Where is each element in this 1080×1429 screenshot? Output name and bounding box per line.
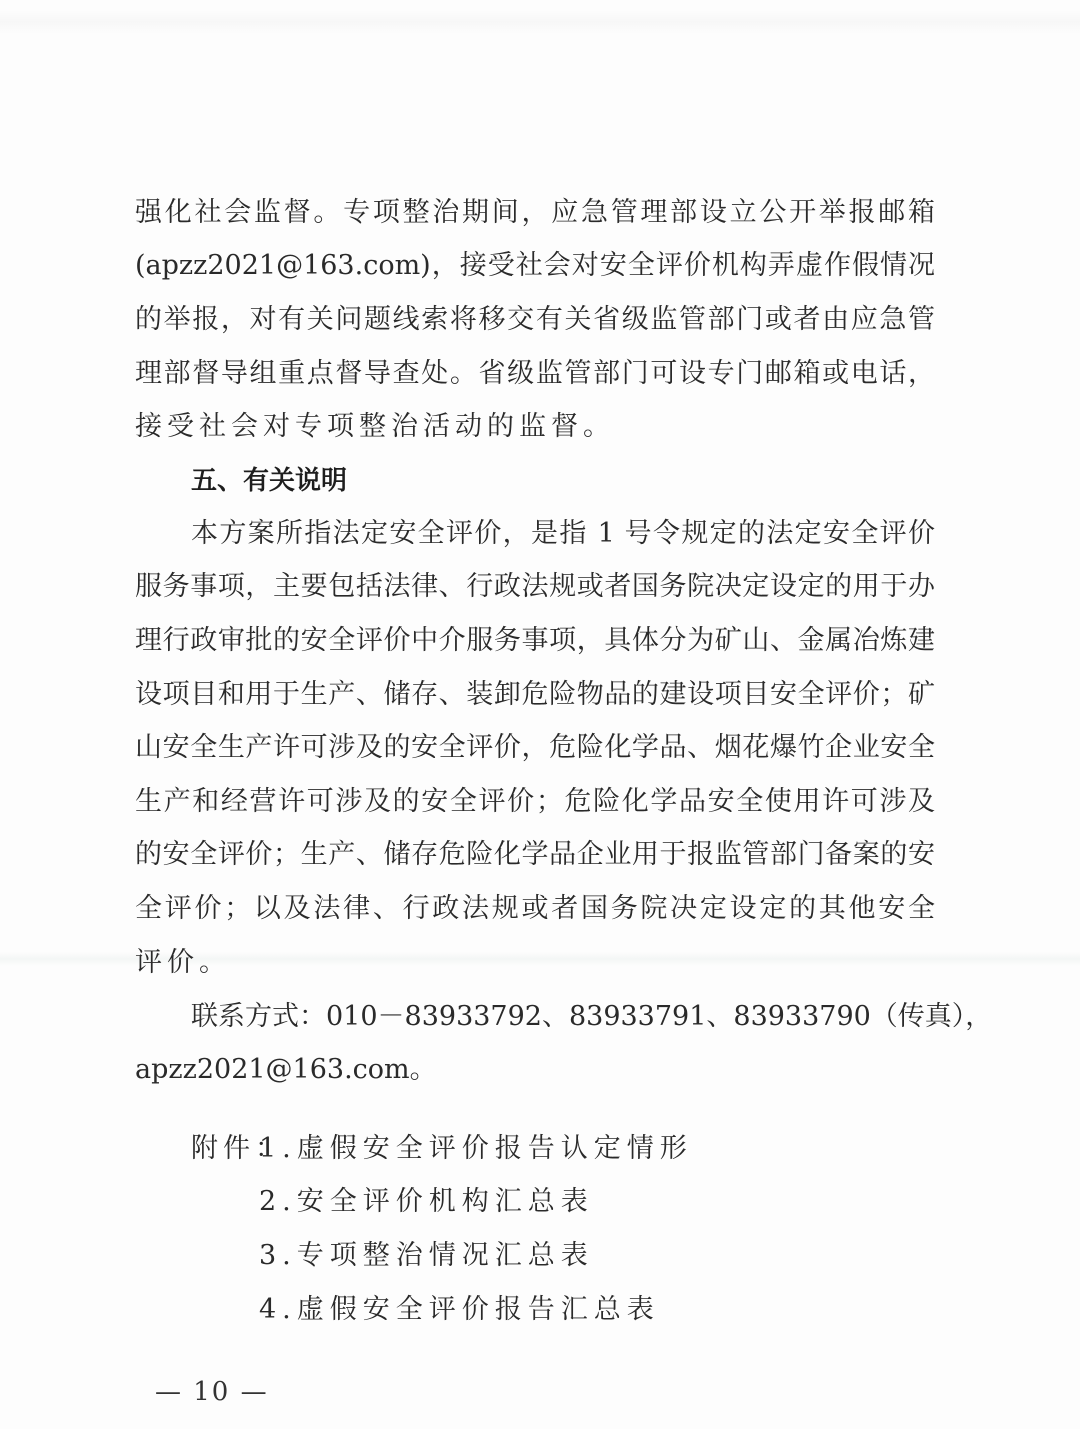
- text-line: 的举报，对有关问题线索将移交有关省级监管部门或者由应急管: [135, 300, 935, 340]
- text-line: 山安全生产许可涉及的安全评价，危险化学品、烟花爆竹企业安全: [135, 728, 935, 768]
- text-line: 服务事项，主要包括法律、行政法规或者国务院决定设定的用于办: [135, 567, 935, 607]
- text-line: 本方案所指法定安全评价，是指 1 号令规定的法定安全评价: [191, 514, 935, 554]
- text-line: (apzz2021@163.com)，接受社会对安全评价机构弄虚作假情况: [135, 246, 935, 286]
- text-line: 生产和经营许可涉及的安全评价；危险化学品安全使用许可涉及: [135, 782, 935, 822]
- text-line: 全评价；以及法律、行政法规或者国务院决定设定的其他安全: [135, 889, 935, 929]
- attachment-item: 4.虚假安全评价报告汇总表: [259, 1290, 660, 1330]
- section-heading: 五、有关说明: [191, 461, 347, 501]
- page-number: — 10 —: [155, 1372, 269, 1412]
- attachment-item: 1.虚假安全评价报告认定情形: [259, 1129, 693, 1169]
- text-line: 的安全评价；生产、储存危险化学品企业用于报监管部门备案的安: [135, 835, 935, 875]
- scan-artifact-band: [0, 10, 1080, 34]
- attachment-item: 2.安全评价机构汇总表: [259, 1182, 594, 1222]
- attachment-item: 3.专项整治情况汇总表: [259, 1236, 594, 1276]
- text-line: 评价。: [135, 943, 935, 983]
- text-line: 理部督导组重点督导查处。省级监管部门可设专门邮箱或电话，: [135, 354, 935, 394]
- text-line: 强化社会监督。专项整治期间，应急管理部设立公开举报邮箱: [135, 193, 935, 233]
- text-line: 设项目和用于生产、储存、装卸危险物品的建设项目安全评价；矿: [135, 675, 935, 715]
- contact-email: apzz2021@163.com。: [135, 1050, 935, 1090]
- text-line: 接受社会对专项整治活动的监督。: [135, 407, 935, 447]
- contact-line: 联系方式：010－83933792、83933791、83933790（传真），: [191, 997, 935, 1037]
- text-line: 理行政审批的安全评价中介服务事项，具体分为矿山、金属冶炼建: [135, 621, 935, 661]
